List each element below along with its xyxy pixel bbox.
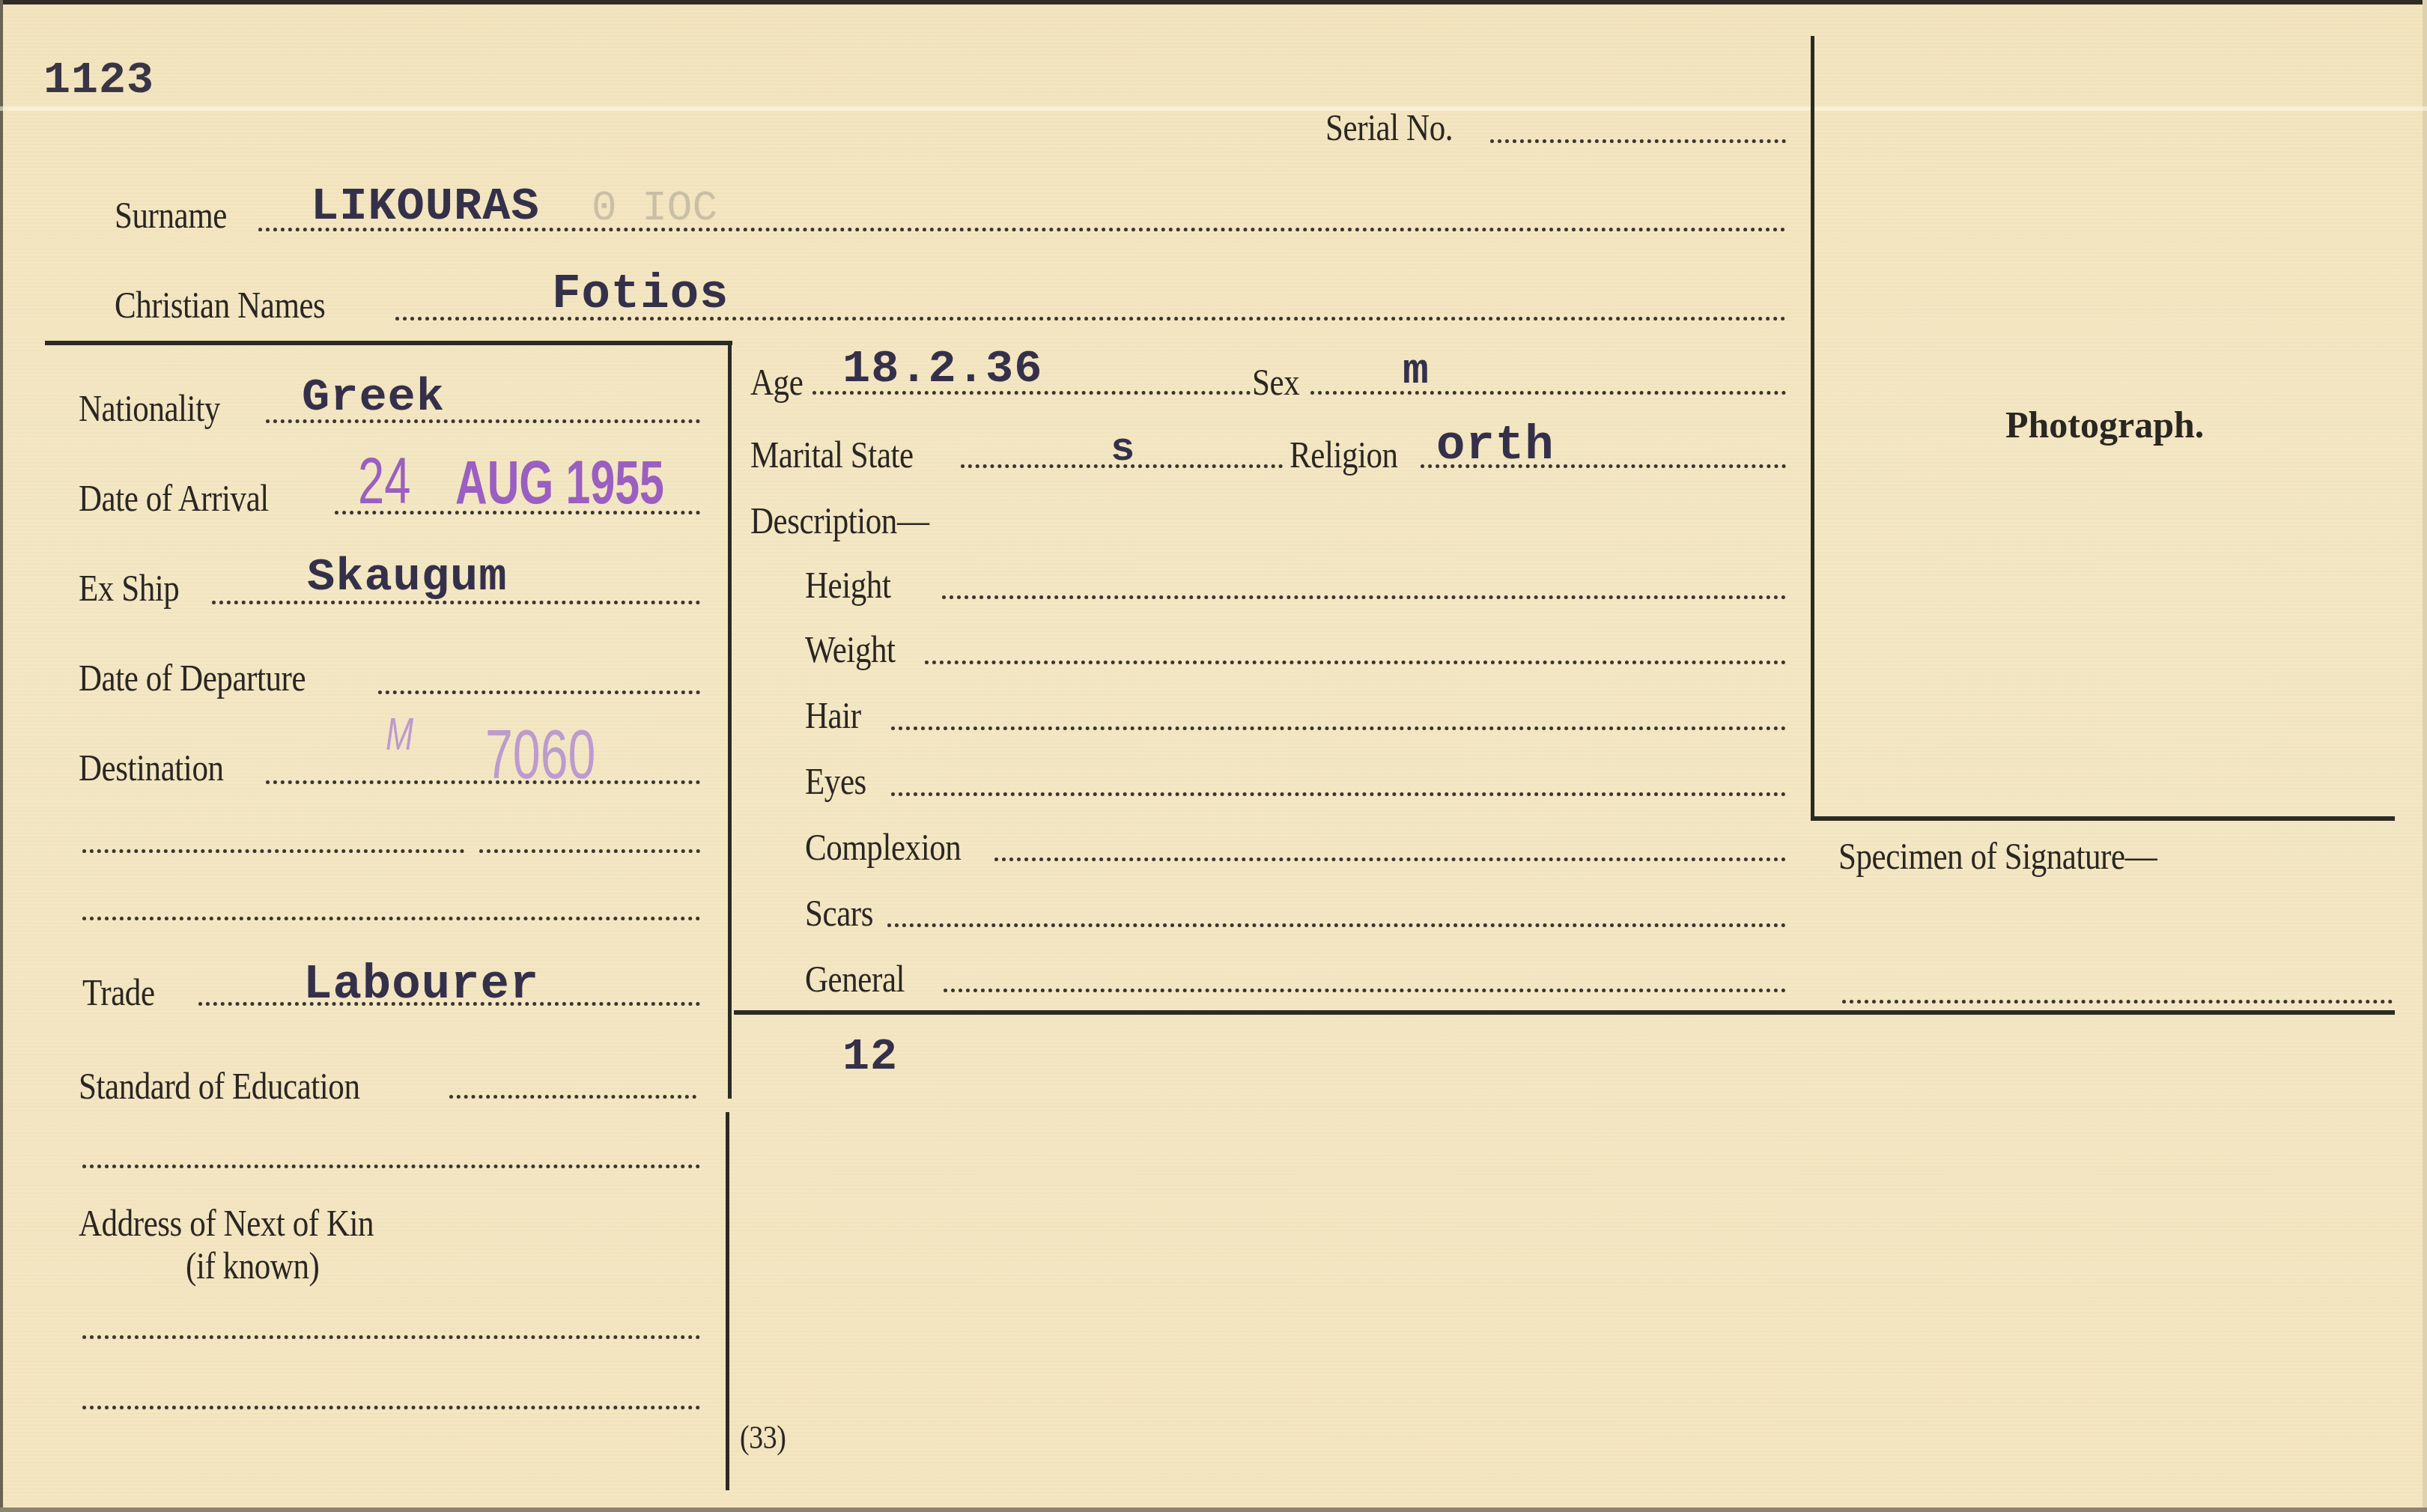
hair-field[interactable] bbox=[891, 726, 1786, 730]
card-right-edge bbox=[2423, 0, 2427, 1512]
complexion-field[interactable] bbox=[994, 857, 1786, 861]
religion-label: Religion bbox=[1290, 436, 1398, 473]
destination-stamp-prefix: M bbox=[386, 711, 413, 758]
photo-box-left-rule bbox=[1811, 36, 1814, 819]
ex-ship-value: Skaugum bbox=[307, 554, 507, 601]
date-of-departure-field[interactable] bbox=[378, 690, 700, 694]
weight-label: Weight bbox=[805, 631, 896, 668]
nationality-label: Nationality bbox=[79, 389, 220, 427]
trade-value: Labourer bbox=[303, 962, 539, 1009]
weight-field[interactable] bbox=[925, 661, 1786, 664]
surname-label: Surname bbox=[115, 196, 227, 234]
eyes-field[interactable] bbox=[891, 792, 1786, 796]
sex-value: m bbox=[1403, 350, 1430, 394]
card-number: 1123 bbox=[43, 58, 154, 103]
next-of-kin-label: Address of Next of Kin bbox=[79, 1204, 374, 1242]
scars-label: Scars bbox=[805, 894, 873, 932]
photo-box-bottom-rule bbox=[1811, 816, 2395, 821]
surname-value: LIKOURAS bbox=[311, 183, 540, 230]
destination-stamp-number: 7060 bbox=[485, 720, 595, 789]
education-field[interactable] bbox=[449, 1095, 696, 1099]
nationality-value: Greek bbox=[302, 374, 445, 421]
eyes-label: Eyes bbox=[805, 762, 866, 800]
destination-extra-field-1b[interactable] bbox=[479, 849, 700, 853]
next-of-kin-field-2[interactable] bbox=[82, 1406, 700, 1409]
note-number: 12 bbox=[842, 1035, 898, 1080]
names-divider-rule bbox=[45, 341, 732, 345]
religion-value: orth bbox=[1436, 422, 1555, 470]
serial-no-label: Serial No. bbox=[1325, 109, 1453, 146]
general-label: General bbox=[805, 960, 905, 998]
age-value: 18.2.36 bbox=[842, 346, 1042, 392]
height-field[interactable] bbox=[942, 595, 1786, 599]
date-of-departure-label: Date of Departure bbox=[79, 659, 306, 696]
date-of-arrival-stamp-day: 24 bbox=[358, 448, 410, 514]
hair-label: Hair bbox=[805, 696, 861, 734]
education-label: Standard of Education bbox=[79, 1067, 359, 1105]
complexion-label: Complexion bbox=[805, 828, 961, 866]
signature-field[interactable] bbox=[1842, 1000, 2393, 1004]
description-label: Description— bbox=[750, 502, 929, 539]
marital-state-value: s bbox=[1111, 430, 1135, 470]
christian-names-value: Fotios bbox=[552, 271, 729, 319]
surname-ghost-text: 0 IOC bbox=[592, 187, 717, 229]
destination-extra-field-2[interactable] bbox=[82, 917, 700, 920]
next-of-kin-field-1[interactable] bbox=[82, 1335, 700, 1339]
card-fold-line bbox=[0, 106, 2427, 111]
form-number: (33) bbox=[740, 1421, 786, 1454]
scars-field[interactable] bbox=[887, 923, 1786, 927]
education-field-2[interactable] bbox=[82, 1165, 700, 1168]
christian-names-label: Christian Names bbox=[115, 286, 325, 324]
photograph-label: Photograph. bbox=[2005, 406, 2204, 443]
card-left-edge bbox=[0, 0, 3, 1512]
trade-label: Trade bbox=[82, 974, 155, 1011]
card-top-edge bbox=[0, 0, 2427, 4]
description-bottom-rule bbox=[734, 1010, 2395, 1015]
ex-ship-label: Ex Ship bbox=[79, 569, 179, 607]
destination-extra-field-1a[interactable] bbox=[82, 849, 464, 853]
date-of-arrival-label: Date of Arrival bbox=[79, 479, 269, 517]
destination-field[interactable] bbox=[266, 780, 700, 784]
left-column-divider-upper bbox=[728, 341, 732, 1099]
destination-label: Destination bbox=[79, 749, 224, 786]
card-bottom-edge bbox=[0, 1508, 2427, 1512]
serial-no-field[interactable] bbox=[1490, 139, 1786, 143]
sex-field[interactable] bbox=[1310, 391, 1786, 395]
registration-card: 1123 Serial No. Photograph. Surname LIKO… bbox=[0, 0, 2427, 1512]
age-label: Age bbox=[750, 363, 803, 401]
signature-label: Specimen of Signature— bbox=[1838, 837, 2157, 875]
sex-label: Sex bbox=[1252, 363, 1299, 401]
general-field[interactable] bbox=[944, 989, 1786, 992]
left-column-divider-lower bbox=[726, 1112, 729, 1490]
height-label: Height bbox=[805, 566, 890, 604]
marital-state-label: Marital State bbox=[750, 436, 914, 473]
date-of-arrival-stamp-month-year: AUG 1955 bbox=[455, 452, 664, 514]
next-of-kin-sublabel: (if known) bbox=[186, 1247, 319, 1284]
